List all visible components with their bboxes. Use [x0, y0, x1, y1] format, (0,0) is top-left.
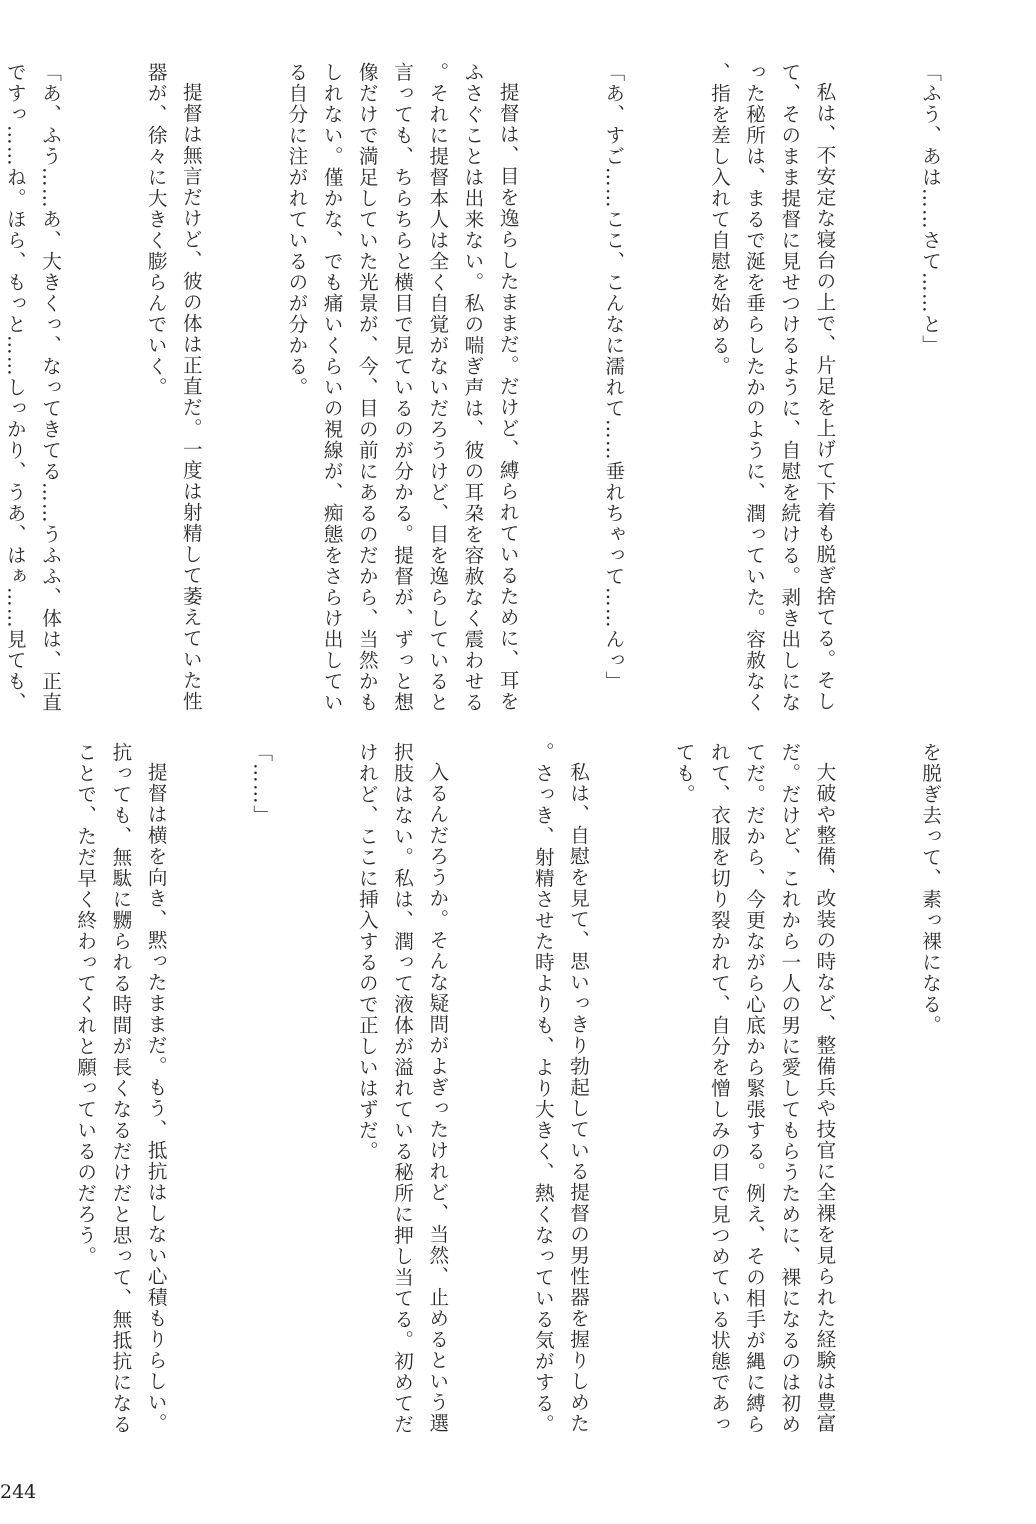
paragraph: 私は、自慰を見て、思いっきり勃起している提督の男性器を握りしめた。さっき、射精さ… [525, 742, 595, 1442]
paragraph-dialog: 「あ、すご……ここ、こんなに濡れて……垂れちゃって……んっ」 [596, 62, 631, 722]
upper-text-block: 「ふう、あは……さて……と」 私は、不安定な寝台の上で、片足を上げて下着も脱ぎ捨… [18, 62, 1018, 722]
book-page: 「ふう、あは……さて……と」 私は、不安定な寝台の上で、片足を上げて下着も脱ぎ捨… [0, 0, 1036, 1524]
paragraph-dialog: 「……」 [244, 742, 279, 1442]
paragraph: 大破や整備、改装の時など、整備兵や技官に全裸を見られた経験は豊富だ。だけど、これ… [666, 742, 842, 1442]
page-number: 244 [0, 1481, 36, 1503]
lower-text-block: を脱ぎ去って、素っ裸になる。 大破や整備、改装の時など、整備兵や技官に全裸を見ら… [18, 742, 1018, 1442]
paragraph: 提督は横を向き、黙ったままだ。もう、抵抗はしない心積もりらしい。抗っても、無駄に… [68, 742, 174, 1442]
paragraph-continuation: を脱ぎ去って、素っ裸になる。 [912, 742, 947, 1442]
paragraph: 入るんだろうか。そんな疑問がよぎったけれど、当然、止めるという選択肢はない。私は… [349, 742, 455, 1442]
paragraph: 提督は無言だけど、彼の体は正直だ。一度は射精して萎えていた性器が、徐々に大きく膨… [138, 62, 208, 722]
paragraph-dialog: 「ふう、あは……さて……と」 [912, 62, 947, 722]
paragraph: 提督は、目を逸らしたままだ。だけど、縛られているために、耳をふさぐことは出来ない… [279, 62, 525, 722]
paragraph-dialog: 「あ、ふう……あ、大きくっ、なってきてる……うふふ、体は、正直ですっ……ね。ほら… [0, 62, 68, 722]
paragraph: 私は、不安定な寝台の上で、片足を上げて下着も脱ぎ捨てる。そして、そのまま提督に見… [701, 62, 842, 722]
